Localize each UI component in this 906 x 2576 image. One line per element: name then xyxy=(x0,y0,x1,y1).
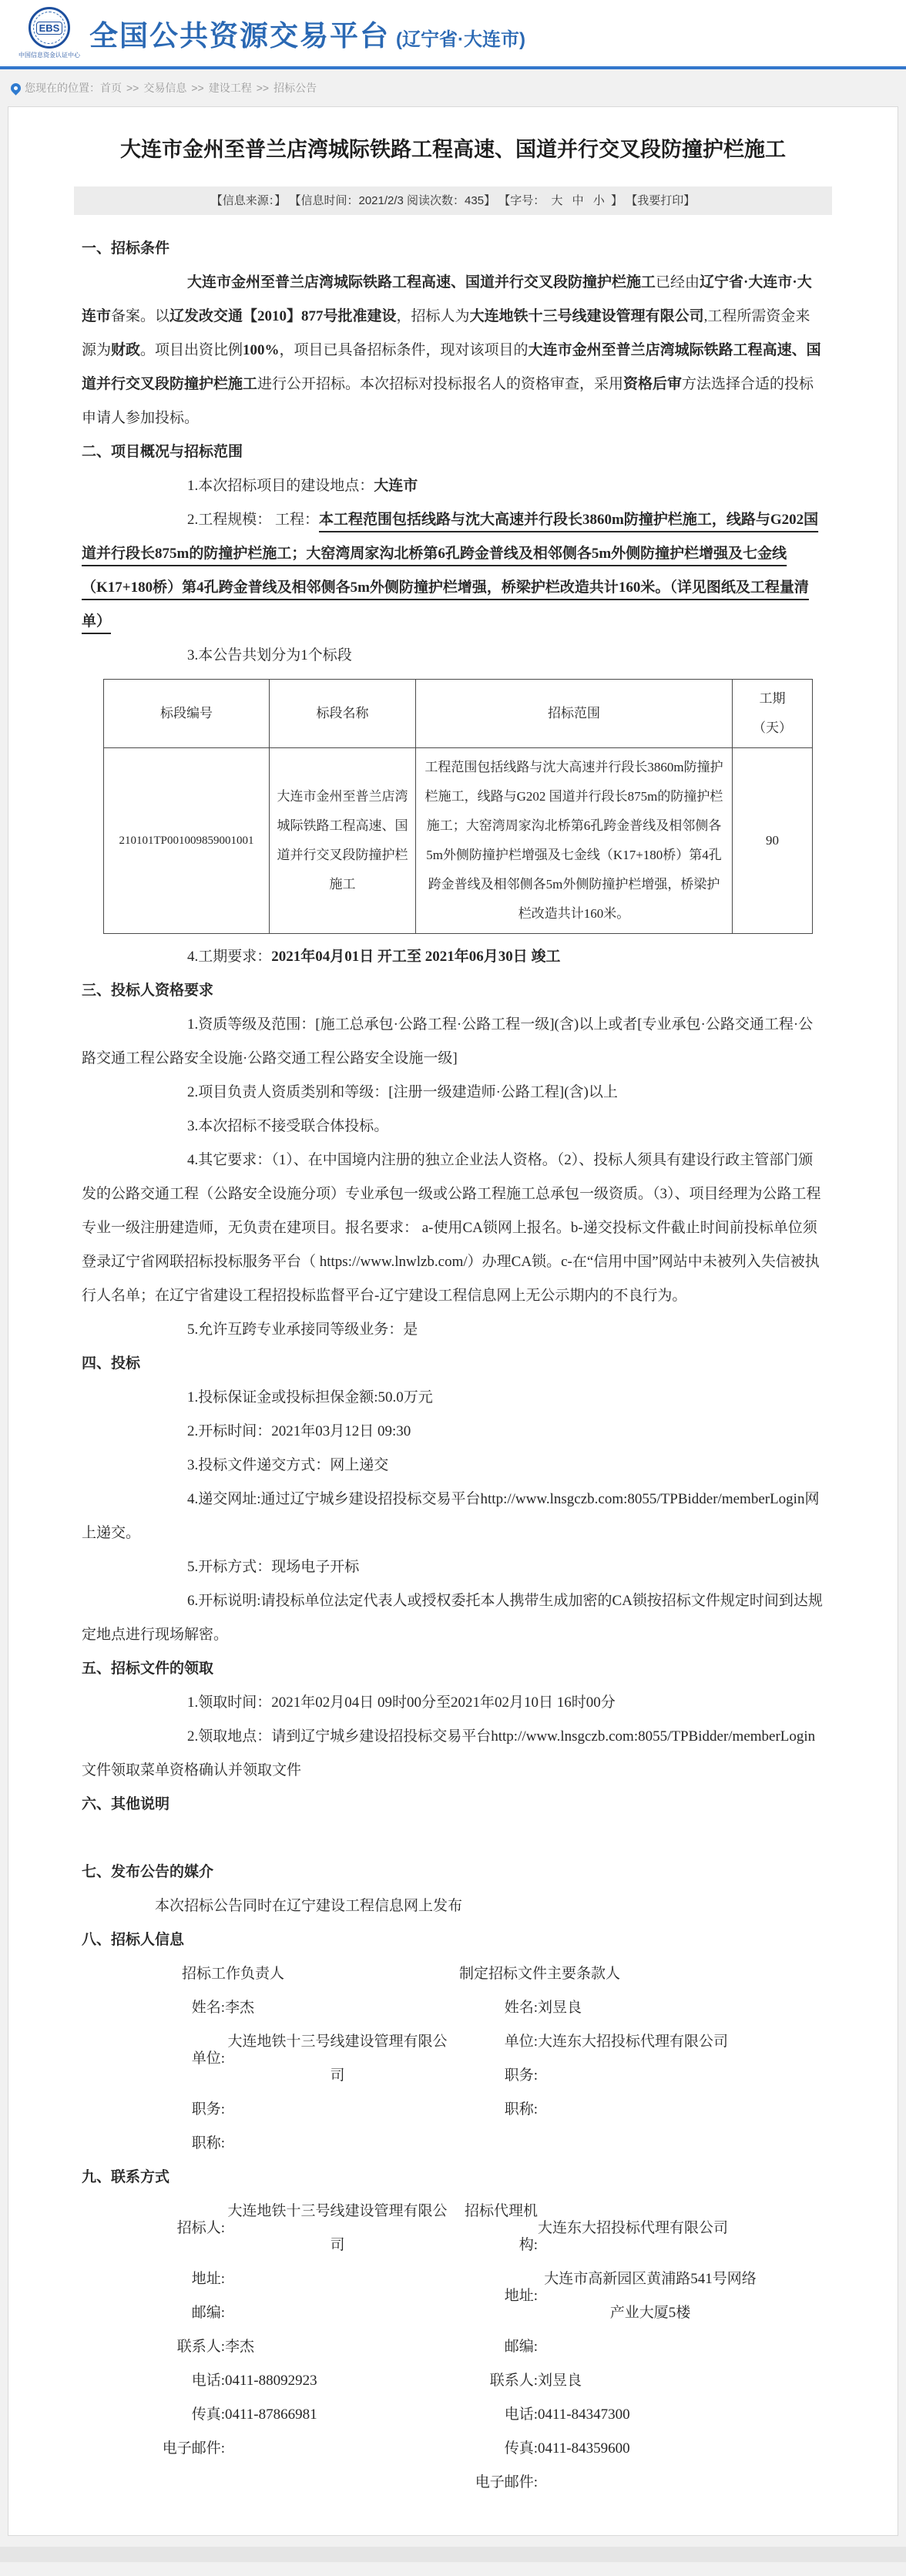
contact-row-phone: 电话:0411-88092923 xyxy=(82,2364,453,2398)
info-row-unit: 单位:大连东大招投标代理有限公司 xyxy=(453,2025,824,2059)
meta-font-suffix: 】 xyxy=(611,194,622,207)
lot-table-header-row: 标段编号 标段名称 招标范围 工期（天） xyxy=(104,680,813,748)
info-row-unit: 单位:大连地铁十三号线建设管理有限公司 xyxy=(82,2025,453,2093)
font-size-small-button[interactable]: 小 xyxy=(593,194,605,207)
platform-logo: EBS 中国信息资金认证中心 xyxy=(18,7,80,59)
project-scale: 2.工程规模： 工程：本工程范围包括线路与沈大高速并行段长3860m防撞护栏施工… xyxy=(82,503,824,639)
empty-line xyxy=(82,1822,824,1856)
collection-place: 2.领取地点：请到辽宁城乡建设招投标交易平台http://www.lnsgczb… xyxy=(82,1720,824,1788)
breadcrumb-separator: >> xyxy=(126,82,139,94)
section-1-paragraph: 大连市金州至普兰店湾城际铁路工程高速、国道并行交叉段防撞护栏施工已经由辽宁省·大… xyxy=(82,266,824,435)
info-row-name: 姓名:刘昱良 xyxy=(453,1991,824,2025)
bidder-info-right: 制定招标文件主要条款人 姓名:刘昱良 单位:大连东大招投标代理有限公司 职务: … xyxy=(453,1957,824,2161)
col-header-scope: 招标范围 xyxy=(416,680,733,748)
contact-row-fax: 传真:0411-84359600 xyxy=(453,2432,824,2466)
font-size-medium-button[interactable]: 中 xyxy=(572,194,584,207)
section-2-heading: 二、项目概况与招标范围 xyxy=(82,435,824,469)
role-title: 招标工作负责人 xyxy=(82,1957,453,1991)
bidder-info-left: 招标工作负责人 姓名:李杰 单位:大连地铁十三号线建设管理有限公司 职务: 职称… xyxy=(82,1957,453,2161)
col-header-lot-name: 标段名称 xyxy=(270,680,416,748)
section-7-heading: 七、发布公告的媒介 xyxy=(82,1856,824,1889)
bid-bond: 1.投标保证金或投标担保金额:50.0万元 xyxy=(82,1381,824,1415)
info-row-duty: 职务: xyxy=(453,2059,824,2093)
info-row-title: 职称: xyxy=(82,2127,453,2161)
font-size-large-button[interactable]: 大 xyxy=(551,194,562,207)
announcement-card: 大连市金州至普兰店湾城际铁路工程高速、国道并行交叉段防撞护栏施工 【信息来源：】… xyxy=(8,106,898,2536)
info-row-name: 姓名:李杰 xyxy=(82,1991,453,2025)
cross-specialty: 5.允许互跨专业承接同等级业务：是 xyxy=(82,1313,824,1347)
other-requirements: 4.其它要求：（1）、在中国境内注册的独立企业法人资格。（2）、投标人须具有建设… xyxy=(82,1144,824,1313)
article-body: 一、招标条件 大连市金州至普兰店湾城际铁路工程高速、国道并行交叉段防撞护栏施工已… xyxy=(8,232,898,2500)
section-9-heading: 九、联系方式 xyxy=(82,2161,824,2195)
contact-row-phone: 电话:0411-84347300 xyxy=(453,2398,824,2432)
site-header: EBS 中国信息资金认证中心 全国公共资源交易平台 (辽宁省·大连市) xyxy=(0,0,906,66)
site-title: 全国公共资源交易平台 (辽宁省·大连市) xyxy=(89,12,525,54)
meta-time: 【信息时间：2021/2/3 阅读次数：435】 xyxy=(289,194,495,207)
breadcrumb-home[interactable]: 首页 xyxy=(100,80,122,96)
meta-source: 【信息来源：】 xyxy=(211,194,287,207)
section-4-heading: 四、投标 xyxy=(82,1347,824,1381)
footer-bar xyxy=(0,2547,906,2562)
contact-info-grid: 招标人:大连地铁十三号线建设管理有限公司 地址: 邮编: 联系人:李杰 电话:0… xyxy=(82,2195,824,2500)
opening-note: 6.开标说明:请投标单位法定代表人或授权委托本人携带生成加密的CA锁按招标文件规… xyxy=(82,1584,824,1652)
bid-opening-time: 2.开标时间：2021年03月12日 09:30 xyxy=(82,1415,824,1449)
meta-font-prefix: 【字号： xyxy=(498,194,545,207)
opening-method: 5.开标方式：现场电子开标 xyxy=(82,1550,824,1584)
lot-count: 3.本公告共划分为1个标段 xyxy=(82,639,824,673)
contact-row-person: 联系人:刘昱良 xyxy=(453,2364,824,2398)
duration-requirement: 4.工期要求：2021年04月01日 开工至 2021年06月30日 竣工 xyxy=(82,940,824,974)
location-pin-icon xyxy=(8,81,22,95)
print-button[interactable]: 【我要打印】 xyxy=(626,194,695,207)
contact-left: 招标人:大连地铁十三号线建设管理有限公司 地址: 邮编: 联系人:李杰 电话:0… xyxy=(82,2195,453,2500)
col-header-lot-number: 标段编号 xyxy=(104,680,270,748)
contact-row-email: 电子邮件: xyxy=(453,2466,824,2500)
collection-time: 1.领取时间：2021年02月04日 09时00分至2021年02月10日 16… xyxy=(82,1686,824,1720)
role-title: 制定招标文件主要条款人 xyxy=(453,1957,824,1991)
site-region: (辽宁省·大连市) xyxy=(396,24,525,51)
submission-url: 4.递交网址:通过辽宁城乡建设招投标交易平台http://www.lnsgczb… xyxy=(82,1483,824,1550)
meta-bar: 【信息来源：】 【信息时间：2021/2/3 阅读次数：435】 【字号： 大 … xyxy=(74,186,832,215)
logo-abbr: EBS xyxy=(36,22,63,35)
no-consortium: 3.本次招标不接受联合体投标。 xyxy=(82,1110,824,1144)
lot-number-cell: 210101TP001009859001001 xyxy=(104,748,270,934)
info-row-duty: 职务: xyxy=(82,2093,453,2127)
breadcrumb: 您现在的位置： 首页 >> 交易信息 >> 建设工程 >> 招标公告 xyxy=(0,69,906,106)
section-5-heading: 五、招标文件的领取 xyxy=(82,1652,824,1686)
project-location: 1.本次招标项目的建设地点：大连市 xyxy=(82,469,824,503)
breadcrumb-current: 招标公告 xyxy=(273,80,317,96)
breadcrumb-trade-info[interactable]: 交易信息 xyxy=(143,80,186,96)
logo-caption: 中国信息资金认证中心 xyxy=(18,51,80,59)
breadcrumb-separator: >> xyxy=(257,82,269,94)
article-title: 大连市金州至普兰店湾城际铁路工程高速、国道并行交叉段防撞护栏施工 xyxy=(55,135,851,165)
submission-method: 3.投标文件递交方式：网上递交 xyxy=(82,1449,824,1483)
contact-right: 招标代理机构:大连东大招投标代理有限公司 地址:大连市高新园区黄浦路541号网络… xyxy=(453,2195,824,2500)
contact-row-party: 招标人:大连地铁十三号线建设管理有限公司 xyxy=(82,2195,453,2262)
section-3-heading: 三、投标人资格要求 xyxy=(82,974,824,1008)
contact-row-zip: 邮编: xyxy=(453,2330,824,2364)
contact-row-zip: 邮编: xyxy=(82,2296,453,2330)
lot-table: 标段编号 标段名称 招标范围 工期（天） 210101TP00100985900… xyxy=(103,679,813,934)
logo-ring-icon: EBS xyxy=(29,7,70,49)
col-header-duration: 工期（天） xyxy=(733,680,813,748)
lot-name-cell: 大连市金州至普兰店湾城际铁路工程高速、国道并行交叉段防撞护栏施工 xyxy=(270,748,416,934)
qualification-grade: 1.资质等级及范围：[施工总承包·公路工程·公路工程一级](含)以上或者[专业承… xyxy=(82,1008,824,1076)
contact-row-email: 电子邮件: xyxy=(82,2432,453,2466)
section-1-heading: 一、招标条件 xyxy=(82,232,824,266)
contact-row-fax: 传真:0411-87866981 xyxy=(82,2398,453,2432)
publish-media: 本次招标公告同时在辽宁建设工程信息网上发布 xyxy=(82,1889,824,1923)
table-row: 210101TP001009859001001 大连市金州至普兰店湾城际铁路工程… xyxy=(104,748,813,934)
lot-scope-cell: 工程范围包括线路与沈大高速并行段长3860m防撞护栏施工，线路与G202 国道并… xyxy=(416,748,733,934)
breadcrumb-label: 您现在的位置： xyxy=(25,80,100,96)
section-8-heading: 八、招标人信息 xyxy=(82,1923,824,1957)
section-6-heading: 六、其他说明 xyxy=(82,1788,824,1822)
leader-qualification: 2.项目负责人资质类别和等级：[注册一级建造师·公路工程](含)以上 xyxy=(82,1076,824,1110)
contact-row-address: 地址: xyxy=(82,2262,453,2296)
contact-row-party: 招标代理机构:大连东大招投标代理有限公司 xyxy=(453,2195,824,2262)
info-row-title: 职称: xyxy=(453,2093,824,2127)
contact-row-address: 地址:大连市高新园区黄浦路541号网络产业大厦5楼 xyxy=(453,2262,824,2330)
lot-days-cell: 90 xyxy=(733,748,813,934)
bidder-info-grid: 招标工作负责人 姓名:李杰 单位:大连地铁十三号线建设管理有限公司 职务: 职称… xyxy=(82,1957,824,2161)
contact-row-person: 联系人:李杰 xyxy=(82,2330,453,2364)
breadcrumb-separator: >> xyxy=(191,82,203,94)
page: { "header": { "logo": { "abbr": "EBS", "… xyxy=(0,0,906,2562)
breadcrumb-construction[interactable]: 建设工程 xyxy=(209,80,252,96)
site-title-text: 全国公共资源交易平台 xyxy=(89,12,390,54)
